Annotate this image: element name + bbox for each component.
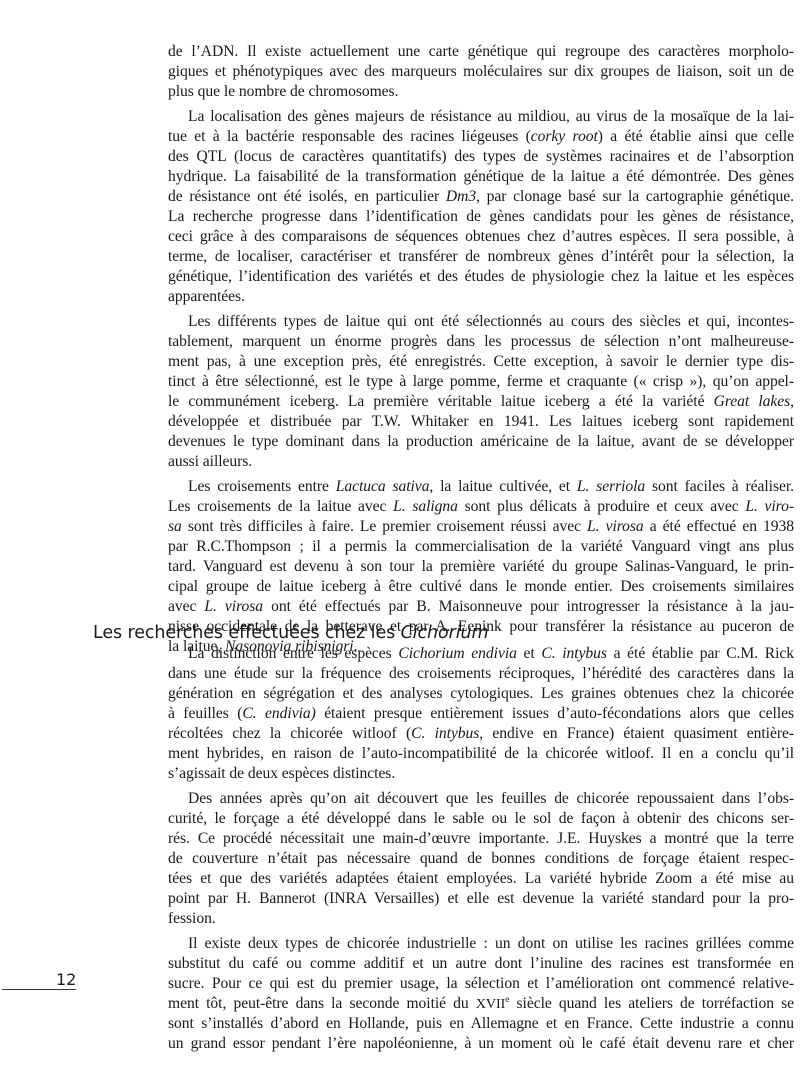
text-line: hydrique. La faisabilité de la transform… (168, 167, 794, 187)
section-heading-cichorium: Les recherches effectuées chez les Cicho… (93, 622, 488, 644)
paragraph-resistance-genes: La localisation des gènes majeurs de rés… (168, 107, 794, 307)
text-line: rés. Ce procédé nécessitait une main-d’œ… (168, 829, 794, 849)
text-line: point par H. Bannerot (INRA Versailles) … (168, 889, 794, 909)
text-line: ceci grâce à des comparaisons de séquenc… (168, 227, 794, 247)
text-line: développée et distribuée par T.W. Whitak… (168, 412, 794, 432)
text-line: apparentées. (168, 287, 794, 307)
text-line: Les croisements de la laitue avec L. sal… (168, 497, 794, 517)
text-line: sa sont très difficiles à faire. Le prem… (168, 517, 794, 537)
text-line: dans une étude sur la fréquence des croi… (168, 664, 794, 684)
text-line: par R.C.Thompson ; il a permis la commer… (168, 537, 794, 557)
paragraph-adn-map: de l’ADN. Il existe actuellement une car… (168, 42, 794, 102)
text-line: curité, le forçage a été développé dans … (168, 809, 794, 829)
text-line: tablement, marquent un énorme progrès da… (168, 332, 794, 352)
text-line: tinct à être sélectionné, est le type à … (168, 372, 794, 392)
text-line: fession. (168, 909, 794, 929)
text-line: Des années après qu’on ait découvert que… (168, 789, 794, 809)
paragraph-forcing: Des années après qu’on ait découvert que… (168, 789, 794, 929)
paragraph-cichorium-species: La distinction entre les espèces Cichori… (168, 644, 794, 784)
text-line: devenues le type dominant dans la produc… (168, 432, 794, 452)
text-line: récoltées chez la chicorée witloof (C. i… (168, 724, 794, 744)
text-line: des QTL (locus de caractères quantitatif… (168, 147, 794, 167)
text-line: ment tôt, peut-être dans la seconde moit… (168, 994, 794, 1014)
text-line: sucre. Pour ce qui est du premier usage,… (168, 974, 794, 994)
text-line: avec L. virosa ont été effectués par B. … (168, 597, 794, 617)
paragraph-industrial-chicory: Il existe deux types de chicorée industr… (168, 934, 794, 1054)
page-number-rule (2, 989, 76, 990)
text-line: Les différents types de laitue qui ont é… (168, 312, 794, 332)
text-line: tées et que des variétés adaptées étaien… (168, 869, 794, 889)
scan-speck: ·,· (593, 1020, 600, 1029)
page-number: 12 (56, 971, 76, 989)
text-line: à feuilles (C. endivia) étaient presque … (168, 704, 794, 724)
text-line: La localisation des gènes majeurs de rés… (168, 107, 794, 127)
text-line: le communément iceberg. La première véri… (168, 392, 794, 412)
text-line: La distinction entre les espèces Cichori… (168, 644, 794, 664)
text-line: ment hybrides, en raison de l’auto-incom… (168, 744, 794, 764)
text-line: substitut du café ou comme additif et un… (168, 954, 794, 974)
text-line: génération en ségrégation et des analyse… (168, 684, 794, 704)
text-column-bottom: La distinction entre les espèces Cichori… (168, 644, 794, 1054)
text-line: de résistance ont été isolés, en particu… (168, 187, 794, 207)
text-line: de couverture n’était pas nécessaire qua… (168, 849, 794, 869)
text-line: terme, de localiser, caractériser et tra… (168, 247, 794, 267)
text-line: un grand essor pendant l’ère napoléonien… (168, 1034, 794, 1054)
text-line: tard. Vanguard est devenu à son tour la … (168, 557, 794, 577)
text-line: génétique, l’identification des variétés… (168, 267, 794, 287)
text-line: tue et à la bactérie responsable des rac… (168, 127, 794, 147)
text-line: Il existe deux types de chicorée industr… (168, 934, 794, 954)
text-column-top: de l’ADN. Il existe actuellement une car… (168, 42, 794, 657)
text-line: ment pas, à une exception près, été enre… (168, 352, 794, 372)
document-page: de l’ADN. Il existe actuellement une car… (0, 0, 800, 1072)
text-line: Les croisements entre Lactuca sativa, la… (168, 477, 794, 497)
text-line: sont s’installés d’abord en Hollande, pu… (168, 1014, 794, 1034)
text-line: cipal groupe de laitue iceberg à être cu… (168, 577, 794, 597)
text-line: de l’ADN. Il existe actuellement une car… (168, 42, 794, 62)
text-line: aussi ailleurs. (168, 452, 794, 472)
text-line: La recherche progresse dans l’identifica… (168, 207, 794, 227)
text-line: plus que le nombre de chromosomes. (168, 82, 794, 102)
text-line: s’agissait de deux espèces distinctes. (168, 764, 794, 784)
text-line: giques et phénotypiques avec des marqueu… (168, 62, 794, 82)
paragraph-lettuce-types: Les différents types de laitue qui ont é… (168, 312, 794, 472)
